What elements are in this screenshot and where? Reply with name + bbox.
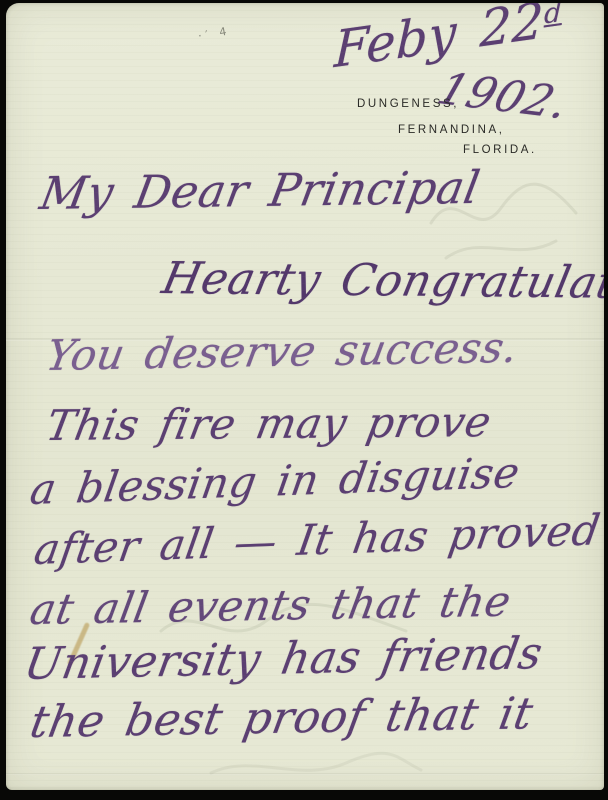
letterhead-line-fernandina: FERNANDINA, (398, 124, 505, 136)
date-day-text: Feby 22 (333, 3, 545, 79)
pencil-annotation: ·′ 4 (197, 24, 231, 42)
letter-line: University has friends (20, 628, 546, 690)
letter-paper: ·′ 4 Feby 22d 1902. DUNGENESS, FERNANDIN… (6, 3, 604, 790)
letter-line: after all — It has proved (31, 505, 604, 574)
date-ordinal-superscript: d (544, 3, 563, 31)
handwritten-date-year: 1902. (431, 64, 575, 129)
letter-line: at all events that the (27, 577, 515, 635)
fold-crease (6, 773, 604, 775)
letter-line: Hearty Congratulations (158, 253, 604, 310)
letter-line: You deserve success. (43, 323, 522, 380)
letter-salutation: My Dear Principal (36, 161, 484, 220)
ink-bleed-through (206, 748, 426, 788)
letterhead-line-florida: FLORIDA. (463, 144, 537, 156)
letter-line: the best proof that it (26, 688, 537, 748)
letterhead-line-dungeness: DUNGENESS, (357, 98, 459, 110)
scanned-letter-page: ·′ 4 Feby 22d 1902. DUNGENESS, FERNANDIN… (0, 0, 608, 800)
letter-line: This fire may prove (42, 397, 495, 450)
letter-line: a blessing in disguise (27, 448, 523, 514)
